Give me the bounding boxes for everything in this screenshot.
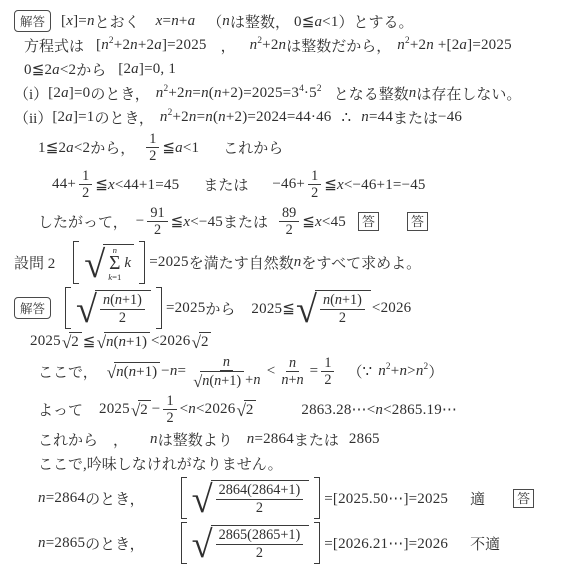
text-run: したがって， bbox=[38, 211, 128, 232]
solution-line-6: 1≦2a<2 から，12≦a<1これから bbox=[8, 131, 561, 165]
math-run: 44+ bbox=[52, 176, 76, 193]
math-run: [x]=n bbox=[61, 13, 95, 30]
solution-line-9: 設問 2√nΣk=1k=2025 を満たす自然数 n をすべて求めよ。 bbox=[8, 241, 561, 284]
text-run: ここで,吟味しなけれがなりません。 bbox=[38, 453, 283, 474]
math-power: n2 bbox=[101, 37, 114, 54]
text-run: （i） bbox=[14, 83, 48, 104]
solution-line-16: n=2864のとき，√2864(2864+1)2=[2025.50⋯]=2025… bbox=[8, 477, 561, 519]
math-run: −n= bbox=[161, 363, 186, 380]
solution-line-15: ここで,吟味しなけれがなりません。 bbox=[8, 453, 561, 474]
text-run: とおく bbox=[95, 11, 140, 32]
spacer bbox=[322, 93, 334, 94]
math-run: −46 bbox=[438, 109, 462, 126]
math-run: ≦x<44+1=45 bbox=[95, 175, 179, 194]
math-run: +2n=n(n+2)=2024=44·46 bbox=[172, 109, 331, 126]
fraction: 912 bbox=[147, 205, 167, 239]
math-run: n bbox=[294, 254, 302, 271]
math-run: ≦ bbox=[83, 332, 96, 351]
text-run: をすべて求めよ。 bbox=[301, 252, 421, 273]
math-power: 34 bbox=[291, 85, 304, 102]
solution-line-5: （ii）[2a]=1 のとき，n2+2n=n(n+2)=2024=44·46∴n… bbox=[8, 107, 561, 128]
text-run: のとき， bbox=[85, 533, 144, 554]
math-run: ≦x<45 bbox=[302, 212, 346, 231]
radical: √n(n+1) bbox=[193, 371, 244, 389]
math-run: 2865 bbox=[349, 431, 380, 448]
math-run: n=2864 bbox=[38, 490, 85, 507]
solution-line-4: （i）[2a]=0 のとき，n2+2n=n(n+2)=2025=34·52となる… bbox=[8, 83, 561, 104]
math-power: n2 bbox=[160, 109, 173, 126]
math-power: 52 bbox=[309, 85, 322, 102]
math-run: [2a]=0 bbox=[48, 85, 90, 102]
spacer bbox=[128, 221, 136, 222]
spacer bbox=[179, 184, 203, 185]
math-run: +2n bbox=[262, 37, 286, 54]
math-run: +n> bbox=[391, 363, 416, 380]
spacer bbox=[83, 409, 99, 410]
fraction: nn+n bbox=[278, 355, 306, 389]
spacer bbox=[128, 439, 150, 440]
radical: √n(n+1) bbox=[97, 332, 150, 351]
summation: nΣk=1 bbox=[108, 246, 121, 281]
solution-line-8: したがって，−912≦x<−45 または 892≦x<45答答 bbox=[8, 205, 561, 239]
gauss-bracket: √n(n+1)2 bbox=[65, 287, 162, 329]
spacer bbox=[51, 308, 61, 309]
spacer bbox=[268, 221, 276, 222]
spacer bbox=[55, 262, 69, 263]
spacer bbox=[236, 45, 250, 46]
answer-label-box: 解答 bbox=[14, 10, 51, 32]
fraction: 12 bbox=[79, 168, 92, 202]
math-run: n bbox=[409, 85, 417, 102]
radical: √2 bbox=[131, 400, 151, 419]
math-power: n2 bbox=[397, 37, 410, 54]
spacer bbox=[235, 308, 251, 309]
text-run: から bbox=[205, 298, 235, 319]
text-run: は整数， bbox=[230, 11, 290, 32]
math-power: n2 bbox=[416, 363, 429, 380]
math-run: ∴ bbox=[342, 108, 352, 127]
text-run: のとき， bbox=[85, 488, 144, 509]
fraction: 12 bbox=[308, 168, 321, 202]
solution-line-3: 0≦2a<2 から[2a]=0, 1 bbox=[8, 59, 561, 80]
solution-line-13: よって2025√2−12<n<2026√22863.28⋯<n<2865.19⋯ bbox=[8, 393, 561, 427]
math-power: n2 bbox=[250, 37, 263, 54]
spacer bbox=[195, 21, 207, 22]
math-run: <2026 bbox=[151, 333, 190, 350]
text-run: となる整数 bbox=[334, 83, 409, 104]
math-run: k bbox=[124, 255, 131, 272]
radical: √2 bbox=[236, 400, 256, 419]
math-run: n=2865 bbox=[38, 535, 85, 552]
fraction: 2865(2865+1)2 bbox=[216, 527, 304, 561]
answer-mark-box: 答 bbox=[513, 489, 534, 509]
spacer bbox=[337, 371, 347, 372]
math-run: 0≦2a<2 bbox=[24, 60, 76, 79]
spacer bbox=[332, 117, 342, 118]
text-run: は整数だから， bbox=[286, 35, 391, 56]
math-run: n=2864 bbox=[247, 431, 294, 448]
spacer bbox=[98, 371, 106, 372]
math-run: =[2025.50⋯]=2025 bbox=[324, 489, 448, 508]
math-power: n2 bbox=[378, 363, 391, 380]
fraction: 12 bbox=[321, 355, 334, 389]
fraction: n(n+1)2 bbox=[320, 292, 365, 326]
math-run: n bbox=[150, 431, 158, 448]
math-run: 2025≦ bbox=[251, 299, 295, 318]
math-run: ∵ bbox=[362, 362, 372, 381]
text-run: ， bbox=[221, 35, 236, 56]
gauss-bracket: √nΣk=1k bbox=[73, 241, 145, 284]
text-run: よって bbox=[38, 399, 83, 420]
answer-label-box: 解答 bbox=[14, 297, 51, 319]
solution-line-10: 解答√n(n+1)2=2025から2025≦√n(n+1)2<2026 bbox=[8, 287, 561, 329]
spacer bbox=[145, 498, 177, 499]
text-run: を満たす自然数 bbox=[189, 252, 294, 273]
math-run: +2n+2a]=2025 bbox=[114, 37, 207, 54]
text-run: ）とする。 bbox=[339, 11, 414, 32]
text-run: （ bbox=[347, 361, 362, 382]
math-run: <2026 bbox=[372, 300, 411, 317]
text-run: は整数より bbox=[158, 429, 233, 450]
math-solution-document: 解答[x]=n とおくx=n+a（n は整数，0≦a<1）とする。方程式は[n2… bbox=[0, 0, 567, 564]
solution-line-12: ここで，√n(n+1)−n=n√n(n+1)+n<nn+n=12（∵n2+n>n… bbox=[8, 354, 561, 390]
text-run: または bbox=[203, 174, 248, 195]
math-run: =2025 bbox=[166, 300, 205, 317]
text-run: ここで， bbox=[38, 361, 98, 382]
fraction: 892 bbox=[279, 205, 299, 239]
text-run: から， bbox=[90, 137, 135, 158]
text-run: 不適 bbox=[470, 533, 500, 554]
math-run: n bbox=[222, 13, 230, 30]
text-run: これから ， bbox=[38, 429, 128, 450]
fraction: 2864(2864+1)2 bbox=[216, 482, 304, 516]
spacer bbox=[207, 45, 221, 46]
math-run: ≦x<−45 bbox=[171, 212, 223, 231]
solution-line-1: 解答[x]=n とおくx=n+a（n は整数，0≦a<1）とする。 bbox=[8, 10, 561, 32]
answer-mark-box: 答 bbox=[407, 212, 428, 232]
text-run: または bbox=[393, 107, 438, 128]
text-run: から bbox=[76, 59, 106, 80]
spacer bbox=[51, 21, 61, 22]
radical: √n(n+1)2 bbox=[76, 290, 151, 326]
spacer bbox=[257, 409, 301, 410]
math-run: − bbox=[136, 213, 145, 230]
math-run: − bbox=[152, 401, 161, 418]
math-run: = bbox=[310, 363, 319, 380]
solution-line-7: 44+12≦x<44+1=45または−46+12≦x<−46+1=−45 bbox=[8, 168, 561, 202]
text-run: （ii） bbox=[14, 107, 52, 128]
math-run: ≦a<1 bbox=[162, 138, 199, 157]
text-run: または bbox=[294, 429, 339, 450]
spacer bbox=[248, 184, 272, 185]
spacer bbox=[379, 221, 407, 222]
solution-line-2: 方程式は[n2+2n+2a]=2025，n2+2n は整数だから，n2+2n +… bbox=[8, 35, 561, 56]
spacer bbox=[233, 439, 247, 440]
spacer bbox=[135, 147, 143, 148]
math-run: x=n+a bbox=[156, 13, 196, 30]
spacer bbox=[106, 69, 118, 70]
spacer bbox=[339, 439, 349, 440]
spacer bbox=[448, 498, 470, 499]
math-run: [2a]=1 bbox=[52, 109, 94, 126]
math-run: 2025 bbox=[30, 333, 61, 350]
text-run: のとき， bbox=[95, 107, 154, 128]
math-power: n2 bbox=[156, 85, 169, 102]
math-run: 2025 bbox=[99, 401, 130, 418]
math-run: =[2026.21⋯]=2026 bbox=[324, 534, 448, 553]
solution-line-11: 2025√2≦√n(n+1)<2026√2 bbox=[8, 332, 561, 351]
spacer bbox=[145, 543, 177, 544]
radical: √2 bbox=[62, 332, 82, 351]
gauss-bracket: √2864(2864+1)2 bbox=[181, 477, 321, 519]
text-run: （ bbox=[207, 11, 222, 32]
spacer bbox=[140, 21, 156, 22]
text-run: または bbox=[223, 211, 268, 232]
solution-line-14: これから ，nは整数よりn=2864 または 2865 bbox=[8, 429, 561, 450]
radical: √n(n+1)2 bbox=[296, 290, 371, 326]
fraction: n(n+1)2 bbox=[100, 292, 145, 326]
math-run: +n bbox=[245, 372, 261, 388]
math-run: 1≦2a<2 bbox=[38, 138, 90, 157]
math-run: −46+ bbox=[272, 176, 305, 193]
radical: √nΣk=1k bbox=[84, 244, 134, 281]
math-run: +2n=n(n+2)=2025= bbox=[168, 85, 291, 102]
spacer bbox=[351, 117, 361, 118]
math-run: ≦x<−46+1=−45 bbox=[324, 175, 425, 194]
radical: √n(n+1) bbox=[107, 362, 160, 381]
math-run: < bbox=[267, 363, 276, 380]
text-run: 適 bbox=[470, 488, 485, 509]
text-run: のとき， bbox=[90, 83, 149, 104]
math-run: [2a]=0, 1 bbox=[118, 61, 176, 78]
radical: √2865(2865+1)2 bbox=[192, 525, 310, 561]
radical: √2864(2864+1)2 bbox=[192, 480, 310, 516]
gauss-bracket: √2865(2865+1)2 bbox=[181, 522, 321, 564]
spacer bbox=[199, 147, 223, 148]
fraction: 12 bbox=[146, 131, 159, 165]
math-run: 0≦a<1 bbox=[294, 12, 339, 31]
spacer bbox=[485, 498, 513, 499]
text-run: これから bbox=[223, 137, 283, 158]
text-run: ） bbox=[428, 361, 443, 382]
text-run: 設問 2 bbox=[14, 252, 55, 273]
math-run: +2n +[2a]=2025 bbox=[410, 37, 512, 54]
text-run: は存在しない。 bbox=[416, 83, 521, 104]
math-run: n=44 bbox=[361, 109, 393, 126]
answer-mark-box: 答 bbox=[358, 212, 379, 232]
spacer bbox=[448, 543, 470, 544]
math-run: =2025 bbox=[149, 254, 188, 271]
math-run: 2863.28⋯<n<2865.19⋯ bbox=[301, 400, 457, 419]
solution-line-17: n=2865のとき，√2865(2865+1)2=[2026.21⋯]=2026… bbox=[8, 522, 561, 564]
text-run: 方程式は bbox=[24, 35, 84, 56]
fraction: n√n(n+1)+n bbox=[189, 354, 264, 390]
radical: √2 bbox=[191, 332, 211, 351]
math-run: <n<2026 bbox=[180, 401, 236, 418]
fraction: 12 bbox=[163, 393, 176, 427]
spacer bbox=[84, 45, 96, 46]
spacer bbox=[346, 221, 358, 222]
